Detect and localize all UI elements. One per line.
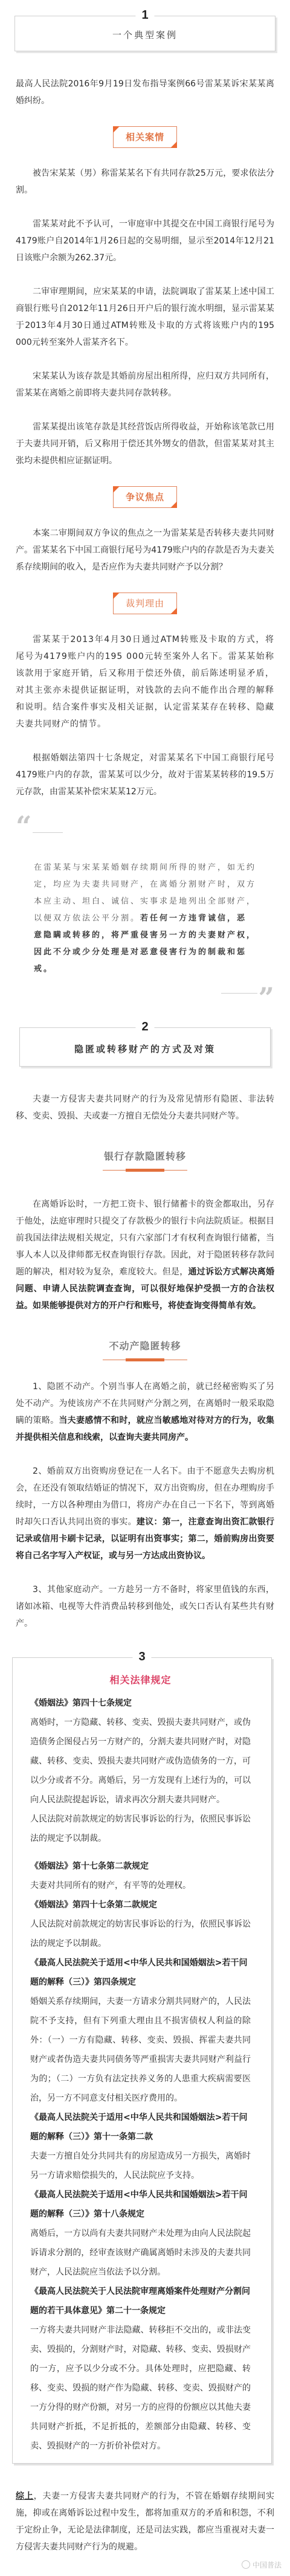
- focus-paragraph: 本案二审期间双方争议的焦点之一为雷某某是否转移夫妻共同财产。雷某某名下中国工商银…: [16, 525, 274, 576]
- law-text: 离婚后，一方以尚有夫妻共同财产未处理为由向人民法院起诉请求分割的，经审查该财产确…: [30, 2224, 251, 2282]
- tag-case-facts: 相关案情: [113, 126, 177, 148]
- realty-item: 3、其他家庭动产。一方趁另一方不备时，将家里值钱的东西，诸如冰箱、电视等大件消费…: [16, 1581, 274, 1632]
- tag-judgment-reason: 裁判理由: [113, 593, 177, 614]
- intro-paragraph: 最高人民法院2016年9月19日发布指导案例66号雷某某诉宋某某离婚纠纷。: [16, 75, 274, 109]
- wechat-icon: [242, 2560, 250, 2569]
- article-page: 1 一个典型案例 最高人民法院2016年9月19日发布指导案例66号雷某某诉宋某…: [0, 16, 290, 2576]
- case-paragraph: 被告宋某某（男）称雷某某名下有共同存款25万元，要求依法分割。: [16, 165, 274, 199]
- section-2-card: 2 隐匿或转移财产的方式及对策: [19, 1027, 271, 1067]
- open-quote-icon: “: [16, 817, 274, 835]
- law-heading: 《最高人民法院关于适用<中华人民共和国婚姻法>若干问题的解释（三）》第十一条第二…: [30, 2108, 251, 2147]
- law-text: 婚姻关系存续期间，夫妻一方请求分割共同财产的，人民法院不予支持，但有下列重大理由…: [30, 1992, 251, 2108]
- law-section-title: 相关法律规定: [30, 1672, 251, 1686]
- section-number: 3: [132, 1649, 151, 1664]
- law-text: 人民法院对前款规定的妨害民事诉讼的行为，依照民事诉讼法的规定予以制裁。: [30, 1915, 251, 1953]
- reason-paragraph: 根据婚姻法第四十七条规定，对雷某某名下中国工商银行尾号4179账户内的存款，雷某…: [16, 750, 274, 800]
- case-paragraph: 宋某某认为该存款是其婚前房屋出租所得，应归双方共同所有，雷某某在离婚之前即将夫妻…: [16, 368, 274, 402]
- quote-block: “ 在雷某某与宋某某婚姻存续期间所得的财产，如无约定，均应为夫妻共同财产，在离婚…: [16, 817, 274, 1007]
- divider-bar: [103, 1169, 187, 1172]
- law-heading: 《婚姻法》第四十七条第二款规定: [30, 1895, 251, 1915]
- quote-text: 在雷某某与宋某某婚姻存续期间所得的财产，如无约定，均应为夫妻共同财产，在离婚分割…: [34, 859, 256, 978]
- case-paragraph: 雷某某对此不予认可，一审庭审中其提交在中国工商银行尾号为4179账户自2014年…: [16, 216, 274, 266]
- reason-paragraph: 雷某某于2013年4月30日通过ATM转账及卡取的方式，将尾号为4179账户内的…: [16, 631, 274, 733]
- section-number: 1: [135, 8, 154, 22]
- tag-dispute-focus: 争议焦点: [113, 486, 177, 508]
- bank-paragraph: 在离婚诉讼时，一方把工资卡、银行储蓄卡的资金都取出，另存于他处，法庭审理时只提交…: [16, 1196, 274, 1314]
- case-paragraph: 雷某某提出该笔存款是其经营饭店所得收益，开始称该笔款已用于夫妻共同开销，后又称用…: [16, 419, 274, 469]
- realty-item: 1、隐匿不动产。个别当事人在离婚之前，就已经秘密购买了另处不动产。为使该房产不在…: [16, 1378, 274, 1446]
- realty-item: 2、婚前双方出资购房登记在一人名下。由于不愿意失去购房机会，在还没有领取结婚证的…: [16, 1463, 274, 1564]
- law-text: 离婚时，一方隐藏、转移、变卖、毁损夫妻共同财产，或伪造债务企图侵占另一方财产的，…: [30, 1713, 251, 1810]
- law-text: 夫妻一方擅自处分共同共有的房屋造成另一方损失，离婚时另一方请求赔偿损失的，人民法…: [30, 2147, 251, 2185]
- section-number: 2: [135, 1020, 154, 1034]
- source-watermark: 中国普法: [242, 2560, 282, 2570]
- case-paragraph: 二审审理期间，应宋某某的申请，法院调取了雷某某上述中国工商银行账号自2012年1…: [16, 283, 274, 351]
- law-text: 夫妻对共同所有的财产，有平等的处理权。: [30, 1876, 251, 1895]
- law-heading: 《婚姻法》第四十七条规定: [30, 1694, 251, 1713]
- law-heading: 《最高人民法院关于适用<中华人民共和国婚姻法>若干问题的解释（三）》第四条规定: [30, 1953, 251, 1992]
- law-text: 人民法院对前款规定的妨害民事诉讼的行为，依照民事诉讼法的规定予以制裁。: [30, 1810, 251, 1848]
- section-1-card: 1 一个典型案例: [14, 16, 275, 51]
- conclusion-paragraph: 综上，夫妻一方侵害夫妻共同财产的行为，不管在婚姻存续期间实施，抑或在离婚诉讼过程…: [16, 2488, 274, 2576]
- section-3-law-box: 3 相关法律规定 《婚姻法》第四十七条规定 离婚时，一方隐藏、转移、变卖、毁损夫…: [12, 1657, 272, 2464]
- subheading-bank-deposit: 银行存款隐匿转移: [0, 1149, 290, 1172]
- divider-bar: [103, 1358, 187, 1361]
- close-quote-icon: ”: [16, 986, 274, 1007]
- law-heading: 《最高人民法院关于适用<中华人民共和国婚姻法>若干问题的解释（三）》第十八条规定: [30, 2185, 251, 2224]
- law-heading: 《婚姻法》第十七条第二款规定: [30, 1857, 251, 1876]
- section2-intro: 夫妻一方侵害夫妻共同财产的行为及常见情形有隐匿、非法转移、变卖、毁损、夫或妻一方…: [16, 1091, 274, 1125]
- law-heading: 《最高人民法院关于人民法院审理离婚案件处理财产分割问题的若干具体意见》第二十一条…: [30, 2282, 251, 2321]
- subheading-real-estate: 不动产隐匿转移: [0, 1338, 290, 1361]
- law-text: 一方将夫妻共同财产非法隐藏、转移拒不交出的，或非法变卖、毁损的，分割财产时，对隐…: [30, 2321, 251, 2456]
